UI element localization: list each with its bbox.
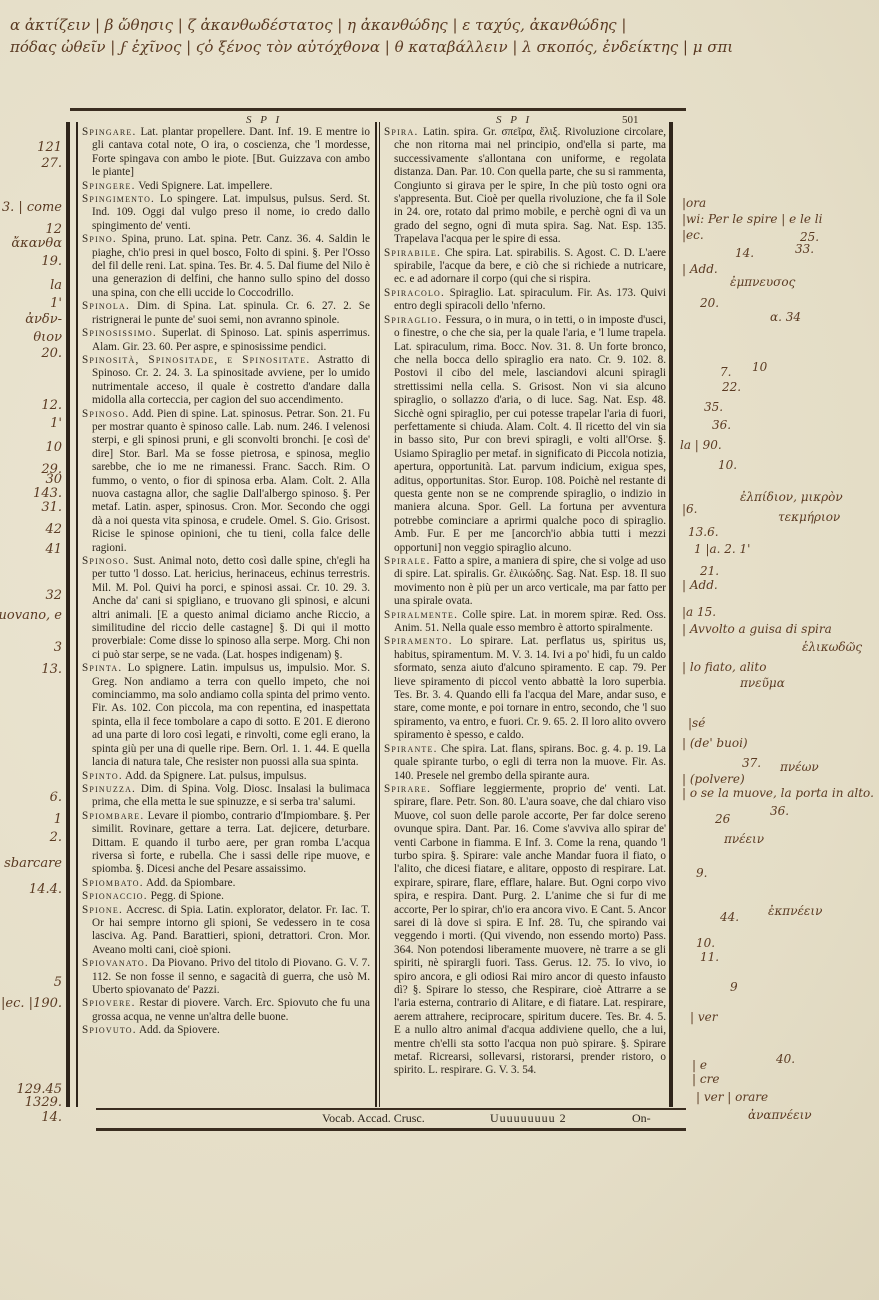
headword: Spinta.: [82, 662, 122, 674]
margin-note: 20.: [700, 296, 719, 310]
headword: Spiombato.: [82, 877, 144, 889]
headword: Spinola.: [82, 300, 130, 312]
definition: Vedi Spignere. Lat. impellere.: [136, 180, 273, 192]
running-head-left: S P I: [246, 114, 282, 126]
margin-note: 32: [45, 588, 62, 603]
dictionary-entry: Spiracolo. Spiraglio. Lat. spiraculum. F…: [384, 287, 666, 314]
margin-note: 6.: [50, 790, 62, 805]
column-rule: [375, 122, 377, 1107]
headword: Spionaccio.: [82, 890, 148, 902]
annotation-line-2: πόδας ὠθεῖν | ϝ ἐχῖνος | ϛὁ ξένος τὸν αὐ…: [10, 36, 870, 58]
margin-note: 40.: [776, 1052, 795, 1066]
margin-note: 5: [54, 975, 62, 990]
definition: Pegg. di Spione.: [148, 890, 224, 902]
margin-note: 30: [45, 472, 62, 487]
margin-note: α. 34: [770, 310, 801, 324]
margin-note: τεκμήριον: [778, 510, 840, 524]
margin-note: truovano, e: [0, 608, 62, 623]
dictionary-entry: Spinoso. Sust. Animal noto, detto così d…: [82, 555, 370, 662]
margin-note: 1': [50, 296, 62, 311]
margin-note: |ec.: [682, 228, 704, 242]
margin-note: ἀναπνέειν: [748, 1108, 812, 1122]
margin-note: | Avvolto a guisa di spira: [682, 622, 832, 636]
footer-rule: [96, 1108, 686, 1110]
top-annotations: α ἀκτίζειν | β ὤθησις | ζ ἀκανθωδέστατος…: [10, 14, 870, 58]
definition: Add. da Spignere. Lat. pulsus, impulsus.: [123, 770, 307, 782]
margin-note: |ora: [682, 196, 706, 210]
headword: Spiralmente.: [384, 609, 458, 621]
dictionary-entry: Spinto. Add. da Spignere. Lat. pulsus, i…: [82, 770, 370, 783]
margin-note: | (polvere): [682, 772, 745, 786]
dictionary-entry: Spiramento. Lo spirare. Lat. perflatus u…: [384, 635, 666, 742]
dictionary-entry: Spiombare. Levare il piombo, contrario d…: [82, 810, 370, 877]
margin-note: |ec. |190.: [1, 996, 62, 1011]
margin-note: 10: [752, 360, 767, 374]
margin-note: |wi: Per le spire | e le li: [682, 212, 822, 226]
headword: Spirabile.: [384, 247, 441, 259]
definition: Sust. Animal noto, detto così dalle spin…: [92, 555, 370, 661]
annotation-line-1: α ἀκτίζειν | β ὤθησις | ζ ἀκανθωδέστατος…: [10, 14, 870, 36]
margin-note: 13.: [41, 662, 62, 677]
margin-note: 11.: [700, 950, 719, 964]
margin-note: 14.4.: [29, 882, 62, 897]
margin-note: ἐκπνέειν: [768, 904, 822, 918]
margin-note: 10.: [718, 458, 737, 472]
signature-mark: Uuuuuuuuu 2: [490, 1111, 567, 1126]
headword: Spinosissimo.: [82, 327, 157, 339]
dictionary-entry: Spinuzza. Dim. di Spina. Volg. Diosc. In…: [82, 783, 370, 810]
dictionary-entry: Spinta. Lo spignere. Latin. impulsus us,…: [82, 662, 370, 769]
margin-note: | cre: [692, 1072, 719, 1086]
margin-note: 33.: [795, 242, 814, 256]
dictionary-entry: Spirale. Fatto a spire, a maniera di spi…: [384, 555, 666, 609]
left-column: Spingare. Lat. plantar propellere. Dant.…: [82, 126, 370, 1038]
running-head-right: S P I: [496, 114, 532, 126]
margin-note: 14.: [735, 246, 754, 260]
margin-note: 20.: [41, 346, 62, 361]
dictionary-entry: Spiovanato. Da Piovano. Privo del titolo…: [82, 957, 370, 997]
margin-note: | Add.: [682, 578, 718, 592]
definition: Add. Pien di spine. Lat. spinosus. Petra…: [92, 408, 370, 554]
definition: Lo spirare. Lat. perflatus us, spiritus …: [394, 635, 666, 741]
margin-note: 1 |a. 2. 1': [694, 542, 750, 556]
margin-note: 9.: [696, 866, 707, 880]
margin-note: πνέειν: [724, 832, 764, 846]
margin-note: la | 90.: [680, 438, 722, 452]
headword: Spirante.: [384, 743, 438, 755]
headword: Spiramento.: [384, 635, 453, 647]
definition: Latin. spira. Gr. σπεῖρα, ἕλιξ. Rivoluzi…: [394, 126, 666, 245]
margin-note: πνέων: [780, 760, 819, 774]
frame-line: [76, 122, 78, 1107]
margin-note: 36.: [770, 804, 789, 818]
dictionary-entry: Spinoso. Add. Pien di spine. Lat. spinos…: [82, 408, 370, 555]
right-column: Spira. Latin. spira. Gr. σπεῖρα, ἕλιξ. R…: [384, 126, 666, 1078]
headword: Spirale.: [384, 555, 431, 567]
margin-note: 31.: [41, 500, 62, 515]
margin-note: 9: [730, 980, 738, 994]
margin-note: 2.: [50, 830, 62, 845]
margin-note: θιον: [33, 330, 62, 345]
definition: Add. da Spiombare.: [144, 877, 236, 889]
margin-note: 143.: [33, 486, 62, 501]
dictionary-entry: Spione. Accresc. di Spia. Latin. explora…: [82, 904, 370, 958]
column-rule: [379, 122, 380, 1107]
dictionary-entry: Spirare. Soffiare leggiermente, proprio …: [384, 783, 666, 1078]
margin-note: | lo fiato, alito: [682, 660, 766, 674]
definition: Dim. di Spina. Lat. spinula. Cr. 6. 27. …: [92, 300, 370, 325]
definition: Spina, pruno. Lat. spina. Petr. Canz. 36…: [92, 233, 370, 299]
headword: Spiovanato.: [82, 957, 149, 969]
headword: Spingare.: [82, 126, 137, 138]
margin-note: πνεῦμα: [740, 676, 785, 690]
margin-note: |a 15.: [682, 605, 716, 619]
dictionary-entry: Spiraglio. Fessura, o in mura, o in tett…: [384, 314, 666, 555]
headword: Spingimento.: [82, 193, 155, 205]
headword: Spinto.: [82, 770, 123, 782]
margin-note: 37.: [742, 756, 761, 770]
definition: Soffiare leggiermente, proprio de' venti…: [394, 783, 666, 1077]
catchword: On-: [632, 1111, 651, 1126]
margin-note: 19.: [41, 254, 62, 269]
top-rule: [70, 108, 686, 111]
dictionary-entry: Spirabile. Che spira. Lat. spirabilis. S…: [384, 247, 666, 287]
margin-note: | (de' buoi): [682, 736, 748, 750]
margin-note: | o se la muove, la porta in alto.: [682, 786, 874, 800]
headword: Spiovere.: [82, 997, 136, 1009]
margin-note: 12: [45, 222, 62, 237]
printed-page: S P I S P I 501 Spingare. Lat. plantar p…: [66, 108, 646, 1158]
headword: Spiraglio.: [384, 314, 442, 326]
margin-note: 44.: [720, 910, 739, 924]
dictionary-entry: Spinosissimo. Superlat. di Spinoso. Lat.…: [82, 327, 370, 354]
margin-note: | ver | orare: [696, 1090, 768, 1104]
margin-note: 22.: [722, 380, 741, 394]
margin-note: 7.: [720, 365, 731, 379]
bottom-rule: [96, 1128, 686, 1131]
margin-note: 10.: [696, 936, 715, 950]
margin-note: 3: [54, 640, 62, 655]
definition: Add. da Spiovere.: [137, 1024, 220, 1036]
definition: Lo spignere. Latin. impulsus us, impulsi…: [92, 662, 370, 768]
margin-note: 1': [50, 416, 62, 431]
margin-note: | e: [692, 1058, 707, 1072]
dictionary-entry: Spingare. Lat. plantar propellere. Dant.…: [82, 126, 370, 180]
headword: Spiombare.: [82, 810, 144, 822]
margin-note: 27.: [41, 156, 62, 171]
definition: Fatto a spire, a maniera di spire, che s…: [394, 555, 666, 607]
dictionary-entry: Spingere. Vedi Spignere. Lat. impellere.: [82, 180, 370, 193]
dictionary-entry: Spinosità, Spinositade, e Spinositate. A…: [82, 354, 370, 408]
margin-note: ἀνδν-: [25, 312, 62, 327]
margin-note: 10: [45, 440, 62, 455]
headword: Spirare.: [384, 783, 431, 795]
footer-title: Vocab. Accad. Crusc.: [322, 1111, 425, 1126]
headword: Spione.: [82, 904, 123, 916]
headword: Spinoso.: [82, 408, 130, 420]
margin-note: | Add.: [682, 262, 718, 276]
dictionary-entry: Spiralmente. Colle spire. Lat. in morem …: [384, 609, 666, 636]
dictionary-entry: Spirante. Che spira. Lat. flans, spirans…: [384, 743, 666, 783]
margin-note: 21.: [700, 564, 719, 578]
margin-note: ἐμπνευσος: [730, 275, 795, 289]
margin-note: 12.: [41, 398, 62, 413]
frame-line: [66, 122, 70, 1107]
margin-note: 1329.: [25, 1095, 62, 1110]
definition: Accresc. di Spia. Latin. explorator, del…: [92, 904, 370, 956]
dictionary-entry: Spiovuto. Add. da Spiovere.: [82, 1024, 370, 1037]
headword: Spingere.: [82, 180, 136, 192]
margin-note: ἐλπίδιον, μικρὸν: [740, 490, 843, 504]
margin-note: ἄκανθα: [11, 236, 62, 251]
dictionary-entry: Spionaccio. Pegg. di Spione.: [82, 890, 370, 903]
dictionary-entry: Spira. Latin. spira. Gr. σπεῖρα, ἕλιξ. R…: [384, 126, 666, 247]
headword: Spinosità, Spinositade, e Spinositate.: [82, 354, 310, 366]
headword: Spinuzza.: [82, 783, 136, 795]
margin-note: lo sbarcare: [0, 856, 62, 871]
margin-note: 26: [715, 812, 730, 826]
margin-note: | ver: [690, 1010, 717, 1024]
headword: Spiovuto.: [82, 1024, 137, 1036]
dictionary-entry: Spiombato. Add. da Spiombare.: [82, 877, 370, 890]
margin-note: 13.6.: [688, 525, 719, 539]
margin-note: ἑλικωδῶς: [802, 640, 862, 654]
headword: Spinoso.: [82, 555, 130, 567]
margin-note: 35.: [704, 400, 723, 414]
margin-note: la: [50, 278, 62, 293]
dictionary-entry: Spinola. Dim. di Spina. Lat. spinula. Cr…: [82, 300, 370, 327]
dictionary-entry: Spiovere. Restar di piovere. Varch. Erc.…: [82, 997, 370, 1024]
margin-note: 121: [37, 140, 62, 155]
frame-line: [669, 122, 673, 1107]
margin-note: 13. | come: [0, 200, 62, 215]
dictionary-entry: Spingimento. Lo spingere. Lat. impulsus,…: [82, 193, 370, 233]
definition: Fessura, o in mura, o in tetti, o in imp…: [394, 314, 666, 554]
margin-note: 1: [54, 812, 62, 827]
margin-note: 36.: [712, 418, 731, 432]
margin-note: |sé: [688, 716, 705, 730]
headword: Spira.: [384, 126, 418, 138]
margin-note: |6.: [682, 502, 698, 516]
headword: Spiracolo.: [384, 287, 445, 299]
headword: Spino.: [82, 233, 117, 245]
dictionary-entry: Spino. Spina, pruno. Lat. spina. Petr. C…: [82, 233, 370, 300]
margin-note: 41: [45, 542, 62, 557]
margin-note: 14.: [41, 1110, 62, 1125]
page-number: 501: [622, 114, 639, 126]
margin-note: 42: [45, 522, 62, 537]
